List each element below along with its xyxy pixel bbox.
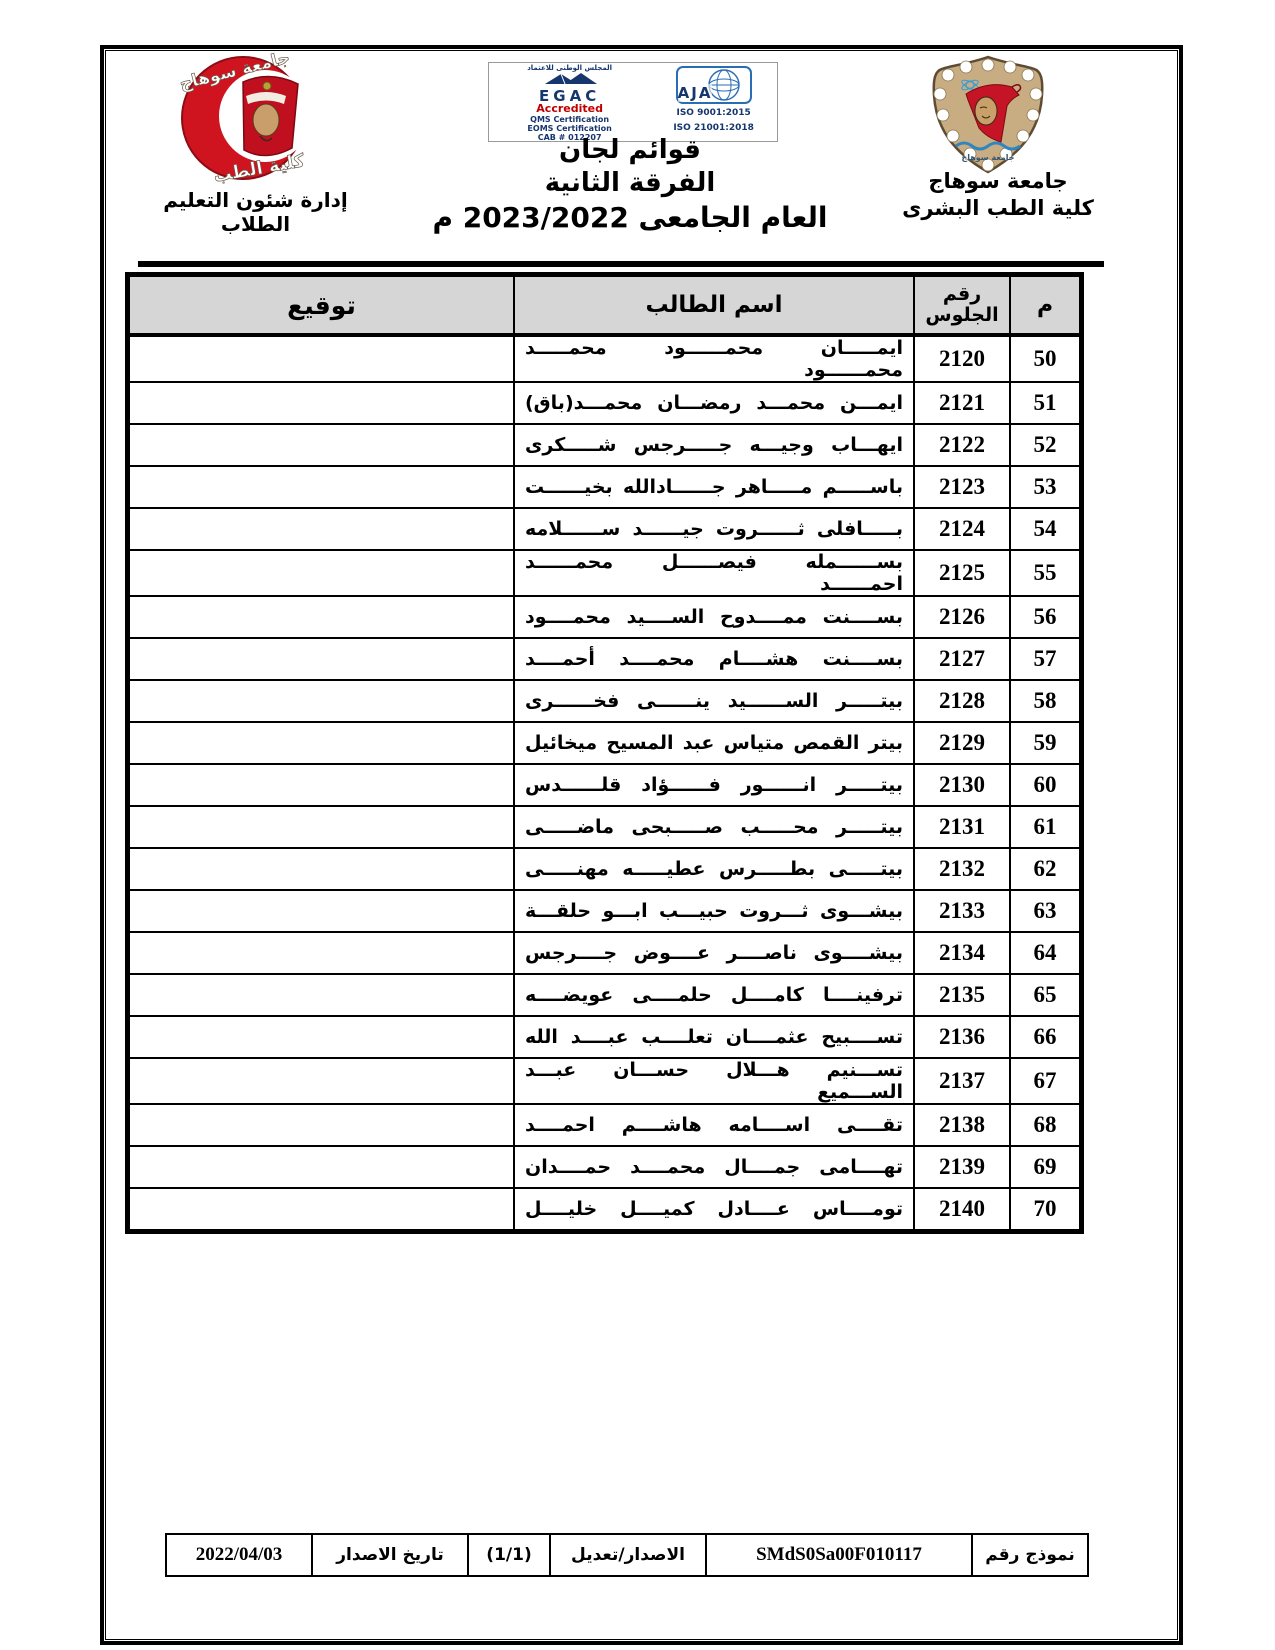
seat-number-cell: 2136 [914,1016,1010,1058]
seat-number-cell: 2139 [914,1146,1010,1188]
row-number-cell: 53 [1010,466,1082,508]
col-header-seat: رقمالجلوس [914,275,1010,336]
signature-cell [128,1146,515,1188]
table-row: 69 2139 تهــــامى جمــــال محمــــد حمــ… [128,1146,1082,1188]
table-row: 67 2137 تســـنيم هـــلال حســـان عبـــد … [128,1058,1082,1104]
seat-number-cell: 2140 [914,1188,1010,1232]
shield-icon: جامعة سوهاج [926,54,1050,176]
student-name-cell: ايمـــــان محمــــــود محمـــــد محمــــ… [514,335,914,382]
student-name-cell: بســــــمله فيصــــــل محمــــــد احمـــ… [514,550,914,596]
accreditation-box: المجلس الوطنى للاعتماد EGAC Accredited Q… [488,62,778,142]
student-name-cell: بيشــــوى ناصــــر عــــوض جــــرجس [514,932,914,974]
row-number-cell: 54 [1010,508,1082,550]
form-info-row: نموذج رقم SMdS0Sa00F010117 الاصدار/تعديل… [166,1534,1088,1576]
seat-number-cell: 2131 [914,806,1010,848]
signature-cell [128,848,515,890]
table-row: 56 2126 بســــنت ممــــدوح الســــيد محم… [128,596,1082,638]
student-name-cell: تومــــاس عــــادل كميــــل خليــــل [514,1188,914,1232]
crescent-icon: جامعة سوهاج كلية الطب [148,52,346,188]
aja-iso-line: ISO 9001:2015 [650,108,777,119]
signature-cell [128,1058,515,1104]
table-row: 61 2131 بيتـــــر محـــــب صـــــبحى ماض… [128,806,1082,848]
seat-number-cell: 2125 [914,550,1010,596]
seat-number-cell: 2138 [914,1104,1010,1146]
row-number-cell: 58 [1010,680,1082,722]
table-row: 51 2121 ايمـــن محمـــد رمضـــان محمـــد… [128,382,1082,424]
row-number-cell: 62 [1010,848,1082,890]
row-number-cell: 68 [1010,1104,1082,1146]
student-name-cell: باســـــم مـــــاهر جــــــادالله بخيـــ… [514,466,914,508]
signature-cell [128,638,515,680]
table-row: 54 2124 بـــــافلى ثــــــروت جيــــــد … [128,508,1082,550]
row-number-cell: 50 [1010,335,1082,382]
table-row: 60 2130 بيتـــــر انــــــور فــــــؤاد … [128,764,1082,806]
seat-number-cell: 2122 [914,424,1010,466]
col-header-signature: توقيع [128,275,515,336]
organization-text: جامعة سوهاج كلية الطب البشرى [878,168,1118,222]
department-text: إدارة شئون التعليم الطلاب [128,188,383,236]
student-name-cell: بيشـــوى ثـــروت حبيـــب ابـــو حلقـــة [514,890,914,932]
col-header-num: م [1010,275,1082,336]
student-name-cell: تهــــامى جمــــال محمــــد حمــــدان [514,1146,914,1188]
seat-number-cell: 2132 [914,848,1010,890]
signature-cell [128,596,515,638]
signature-cell [128,550,515,596]
seat-number-cell: 2126 [914,596,1010,638]
seat-number-cell: 2120 [914,335,1010,382]
issue-date-label: تاريخ الاصدار [312,1534,468,1576]
title-academic-year: العام الجامعى 2023/2022 م [420,200,840,236]
student-name-cell: بيتـــــر انــــــور فــــــؤاد قلــــــ… [514,764,914,806]
faculty-name: كلية الطب البشرى [878,195,1118,222]
seat-number-cell: 2137 [914,1058,1010,1104]
seat-number-cell: 2128 [914,680,1010,722]
row-number-cell: 69 [1010,1146,1082,1188]
row-number-cell: 66 [1010,1016,1082,1058]
form-info-table: نموذج رقم SMdS0Sa00F010117 الاصدار/تعديل… [165,1533,1089,1577]
signature-cell [128,806,515,848]
title-committees: قوائم لجان [420,134,840,167]
student-name-cell: ترفينــــا كامــــل حلمــــى عويضــــه [514,974,914,1016]
seat-number-cell: 2124 [914,508,1010,550]
seat-number-cell: 2133 [914,890,1010,932]
student-name-cell: تســــبيح عثمــــان تعلــــب عبــــد الل… [514,1016,914,1058]
signature-cell [128,1104,515,1146]
table-row: 50 2120 ايمـــــان محمــــــود محمـــــد… [128,335,1082,382]
student-name-cell: بســــنت ممــــدوح الســــيد محمــــود [514,596,914,638]
signature-cell [128,974,515,1016]
signature-cell [128,932,515,974]
table-row: 55 2125 بســــــمله فيصــــــل محمــــــ… [128,550,1082,596]
table-row: 65 2135 ترفينــــا كامــــل حلمــــى عوي… [128,974,1082,1016]
row-number-cell: 60 [1010,764,1082,806]
document-title-block: قوائم لجان الفرقة الثانية العام الجامعى … [420,134,840,236]
seat-number-cell: 2123 [914,466,1010,508]
egac-arabic-text: المجلس الوطنى للاعتماد [489,65,650,72]
shield-caption-text: جامعة سوهاج [961,153,1014,162]
row-number-cell: 56 [1010,596,1082,638]
signature-cell [128,508,515,550]
title-year-group: الفرقة الثانية [420,167,840,200]
seat-number-cell: 2135 [914,974,1010,1016]
header-divider-rule [138,261,1104,267]
row-number-cell: 70 [1010,1188,1082,1232]
egac-cert-line: QMS Certification [489,115,650,124]
signature-cell [128,1188,515,1232]
seat-number-cell: 2129 [914,722,1010,764]
egac-name: EGAC [489,89,650,103]
signature-cell [128,335,515,382]
faculty-crescent-logo: جامعة سوهاج كلية الطب [148,52,346,188]
student-name-cell: تقــــى اســــامه هاشــــم احمــــد [514,1104,914,1146]
signature-cell [128,764,515,806]
students-table: م رقمالجلوس اسم الطالب توقيع 50 2120 ايم… [125,272,1084,1234]
seat-number-cell: 2121 [914,382,1010,424]
egac-cert-line: EOMS Certification [489,124,650,133]
table-row: 57 2127 بســــنت هشــــام محمــــد أحمــ… [128,638,1082,680]
row-number-cell: 67 [1010,1058,1082,1104]
row-number-cell: 64 [1010,932,1082,974]
seat-number-cell: 2127 [914,638,1010,680]
table-row: 70 2140 تومــــاس عــــادل كميــــل خليـ… [128,1188,1082,1232]
egac-logo: المجلس الوطنى للاعتماد EGAC Accredited Q… [489,63,650,141]
student-name-cell: بســــنت هشــــام محمــــد أحمــــد [514,638,914,680]
row-number-cell: 51 [1010,382,1082,424]
seat-header-line1: رقم [943,283,981,305]
row-number-cell: 63 [1010,890,1082,932]
signature-cell [128,890,515,932]
aja-name: AJA [678,84,713,102]
row-number-cell: 61 [1010,806,1082,848]
university-name: جامعة سوهاج [878,168,1118,195]
signature-cell [128,424,515,466]
issue-date-value: 2022/04/03 [166,1534,312,1576]
revision-label: الاصدار/تعديل [550,1534,706,1576]
table-header-row: م رقمالجلوس اسم الطالب توقيع [128,275,1082,336]
signature-cell [128,680,515,722]
egac-pyramids-icon [541,72,599,85]
row-number-cell: 59 [1010,722,1082,764]
table-row: 63 2133 بيشـــوى ثـــروت حبيـــب ابـــو … [128,890,1082,932]
table-row: 64 2134 بيشــــوى ناصــــر عــــوض جــــ… [128,932,1082,974]
signature-cell [128,382,515,424]
university-shield-logo: جامعة سوهاج [926,54,1050,176]
form-code-value: SMdS0Sa00F010117 [706,1534,972,1576]
signature-cell [128,466,515,508]
row-number-cell: 57 [1010,638,1082,680]
table-row: 62 2132 بيتـــــى بطـــــرس عطيـــــه مه… [128,848,1082,890]
table-row: 52 2122 ايهـــاب وجيـــه جـــــرجس شــــ… [128,424,1082,466]
egac-accredited: Accredited [489,103,650,115]
student-name-cell: بيتـــــر الســــــيد ينــــــى فخــــــ… [514,680,914,722]
row-number-cell: 65 [1010,974,1082,1016]
student-name-cell: بـــــافلى ثــــــروت جيــــــد ســــــل… [514,508,914,550]
student-name-cell: تســـنيم هـــلال حســـان عبـــد الســـمي… [514,1058,914,1104]
seat-number-cell: 2134 [914,932,1010,974]
form-number-label: نموذج رقم [972,1534,1088,1576]
aja-iso-line: ISO 21001:2018 [650,123,777,134]
student-name-cell: بيتـــــى بطـــــرس عطيـــــه مهنـــــى [514,848,914,890]
table-row: 68 2138 تقــــى اســــامه هاشــــم احمــ… [128,1104,1082,1146]
col-header-name: اسم الطالب [514,275,914,336]
table-row: 59 2129 بيتر القمص متياس عبد المسيح ميخا… [128,722,1082,764]
aja-logo: AJA ISO 9001:2015 ISO 21001:2018 [650,63,777,141]
student-name-cell: بيتر القمص متياس عبد المسيح ميخائيل [514,722,914,764]
row-number-cell: 52 [1010,424,1082,466]
table-row: 58 2128 بيتـــــر الســــــيد ينــــــى … [128,680,1082,722]
signature-cell [128,1016,515,1058]
table-row: 53 2123 باســـــم مـــــاهر جــــــادالل… [128,466,1082,508]
student-name-cell: بيتـــــر محـــــب صـــــبحى ماضـــــى [514,806,914,848]
table-row: 66 2136 تســــبيح عثمــــان تعلــــب عبـ… [128,1016,1082,1058]
seat-number-cell: 2130 [914,764,1010,806]
signature-cell [128,722,515,764]
row-number-cell: 55 [1010,550,1082,596]
revision-value: (1/1) [468,1534,550,1576]
student-name-cell: ايمـــن محمـــد رمضـــان محمـــد(باق) [514,382,914,424]
seat-header-line2: الجلوس [925,304,998,326]
student-name-cell: ايهـــاب وجيـــه جـــــرجس شـــــكرى [514,424,914,466]
